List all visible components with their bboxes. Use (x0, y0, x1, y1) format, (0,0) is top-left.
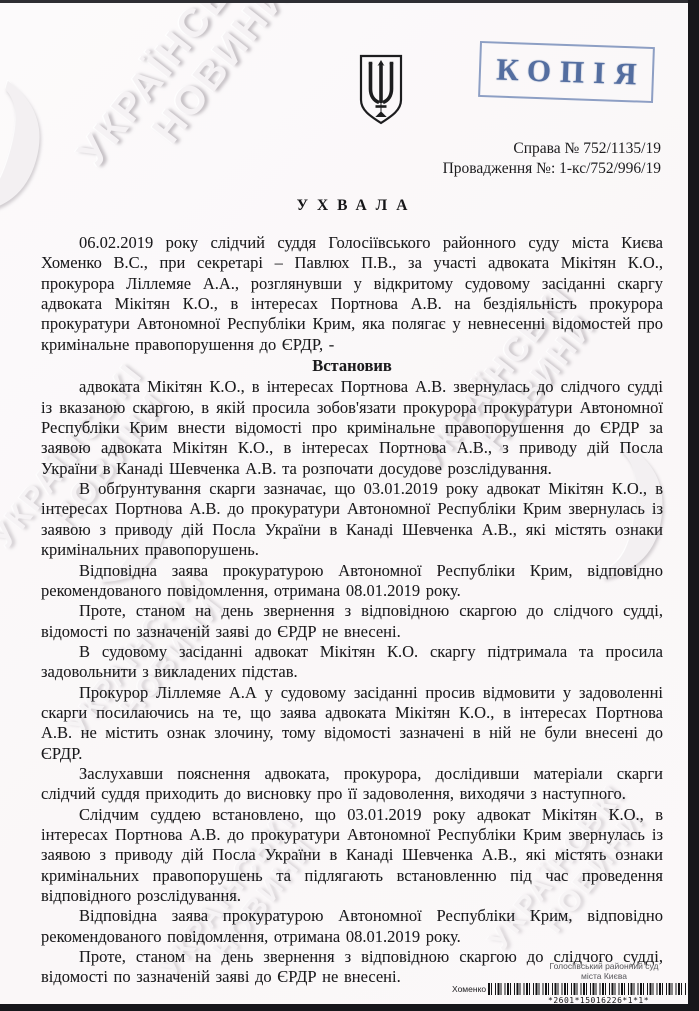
court-barcode-stamp: Голосіївський районний суд міста Києва Х… (452, 961, 686, 1005)
court-name: Голосіївський районний суд міста Києва (452, 961, 686, 981)
body-paragraph: Заслухавши пояснення адвоката, прокурора… (41, 764, 663, 805)
document-title: УХВАЛА (41, 197, 663, 215)
document-body: 06.02.2019 року слідчий суддя Голосіївсь… (41, 233, 663, 988)
proceeding-number: Провадження №: 1-кс/752/996/19 (443, 159, 661, 179)
document-page: УКРАЇНСЬКІ®НОВИНИ УКРАЇНСЬКІНОВИНИ УКРАЇ… (0, 0, 699, 1011)
scan-edge-right (688, 0, 699, 1011)
body-paragraph: Відповідна заява прокуратурою Автономної… (41, 906, 663, 947)
case-number: Справа № 752/1135/19 (443, 139, 661, 159)
scan-edge-bottom (0, 1004, 699, 1011)
intro-paragraph: 06.02.2019 року слідчий суддя Голосіївсь… (41, 233, 663, 355)
signer-name: Хоменко (452, 984, 486, 994)
body-paragraph: адвоката Мікітян К.О., в інтересах Портн… (41, 377, 663, 479)
body-paragraph: В судовому засіданні адвокат Мікітян К.О… (41, 642, 663, 683)
ukraine-trident-emblem (358, 54, 404, 126)
watermark-line2: НОВИНИ (105, 0, 309, 202)
body-paragraph: Проте, станом на день звернення з відпов… (41, 601, 663, 642)
court-name-line2: міста Києва (522, 971, 686, 981)
copy-stamp: КОПІЯ (478, 41, 655, 103)
section-heading: Встановив (41, 356, 663, 376)
body-paragraph: Прокурор Ліллемяе А.А у судовому засідан… (41, 683, 663, 764)
barcode (488, 983, 686, 995)
body-paragraph: Відповідна заява прокуратурою Автономної… (41, 561, 663, 602)
body-paragraph: Слідчим суддею встановлено, що 03.01.201… (41, 805, 663, 907)
body-paragraph: В обґрунтування скарги зазначає, що 03.0… (41, 479, 663, 560)
court-name-line1: Голосіївський районний суд (522, 961, 686, 971)
case-number-block: Справа № 752/1135/19 Провадження №: 1-кс… (443, 139, 661, 179)
scan-edge-top (0, 0, 699, 3)
watermark-line1: УКРАЇНСЬКІ (69, 0, 266, 174)
watermark-ukrainski-novyny: УКРАЇНСЬКІ®НОВИНИ (69, 0, 308, 202)
